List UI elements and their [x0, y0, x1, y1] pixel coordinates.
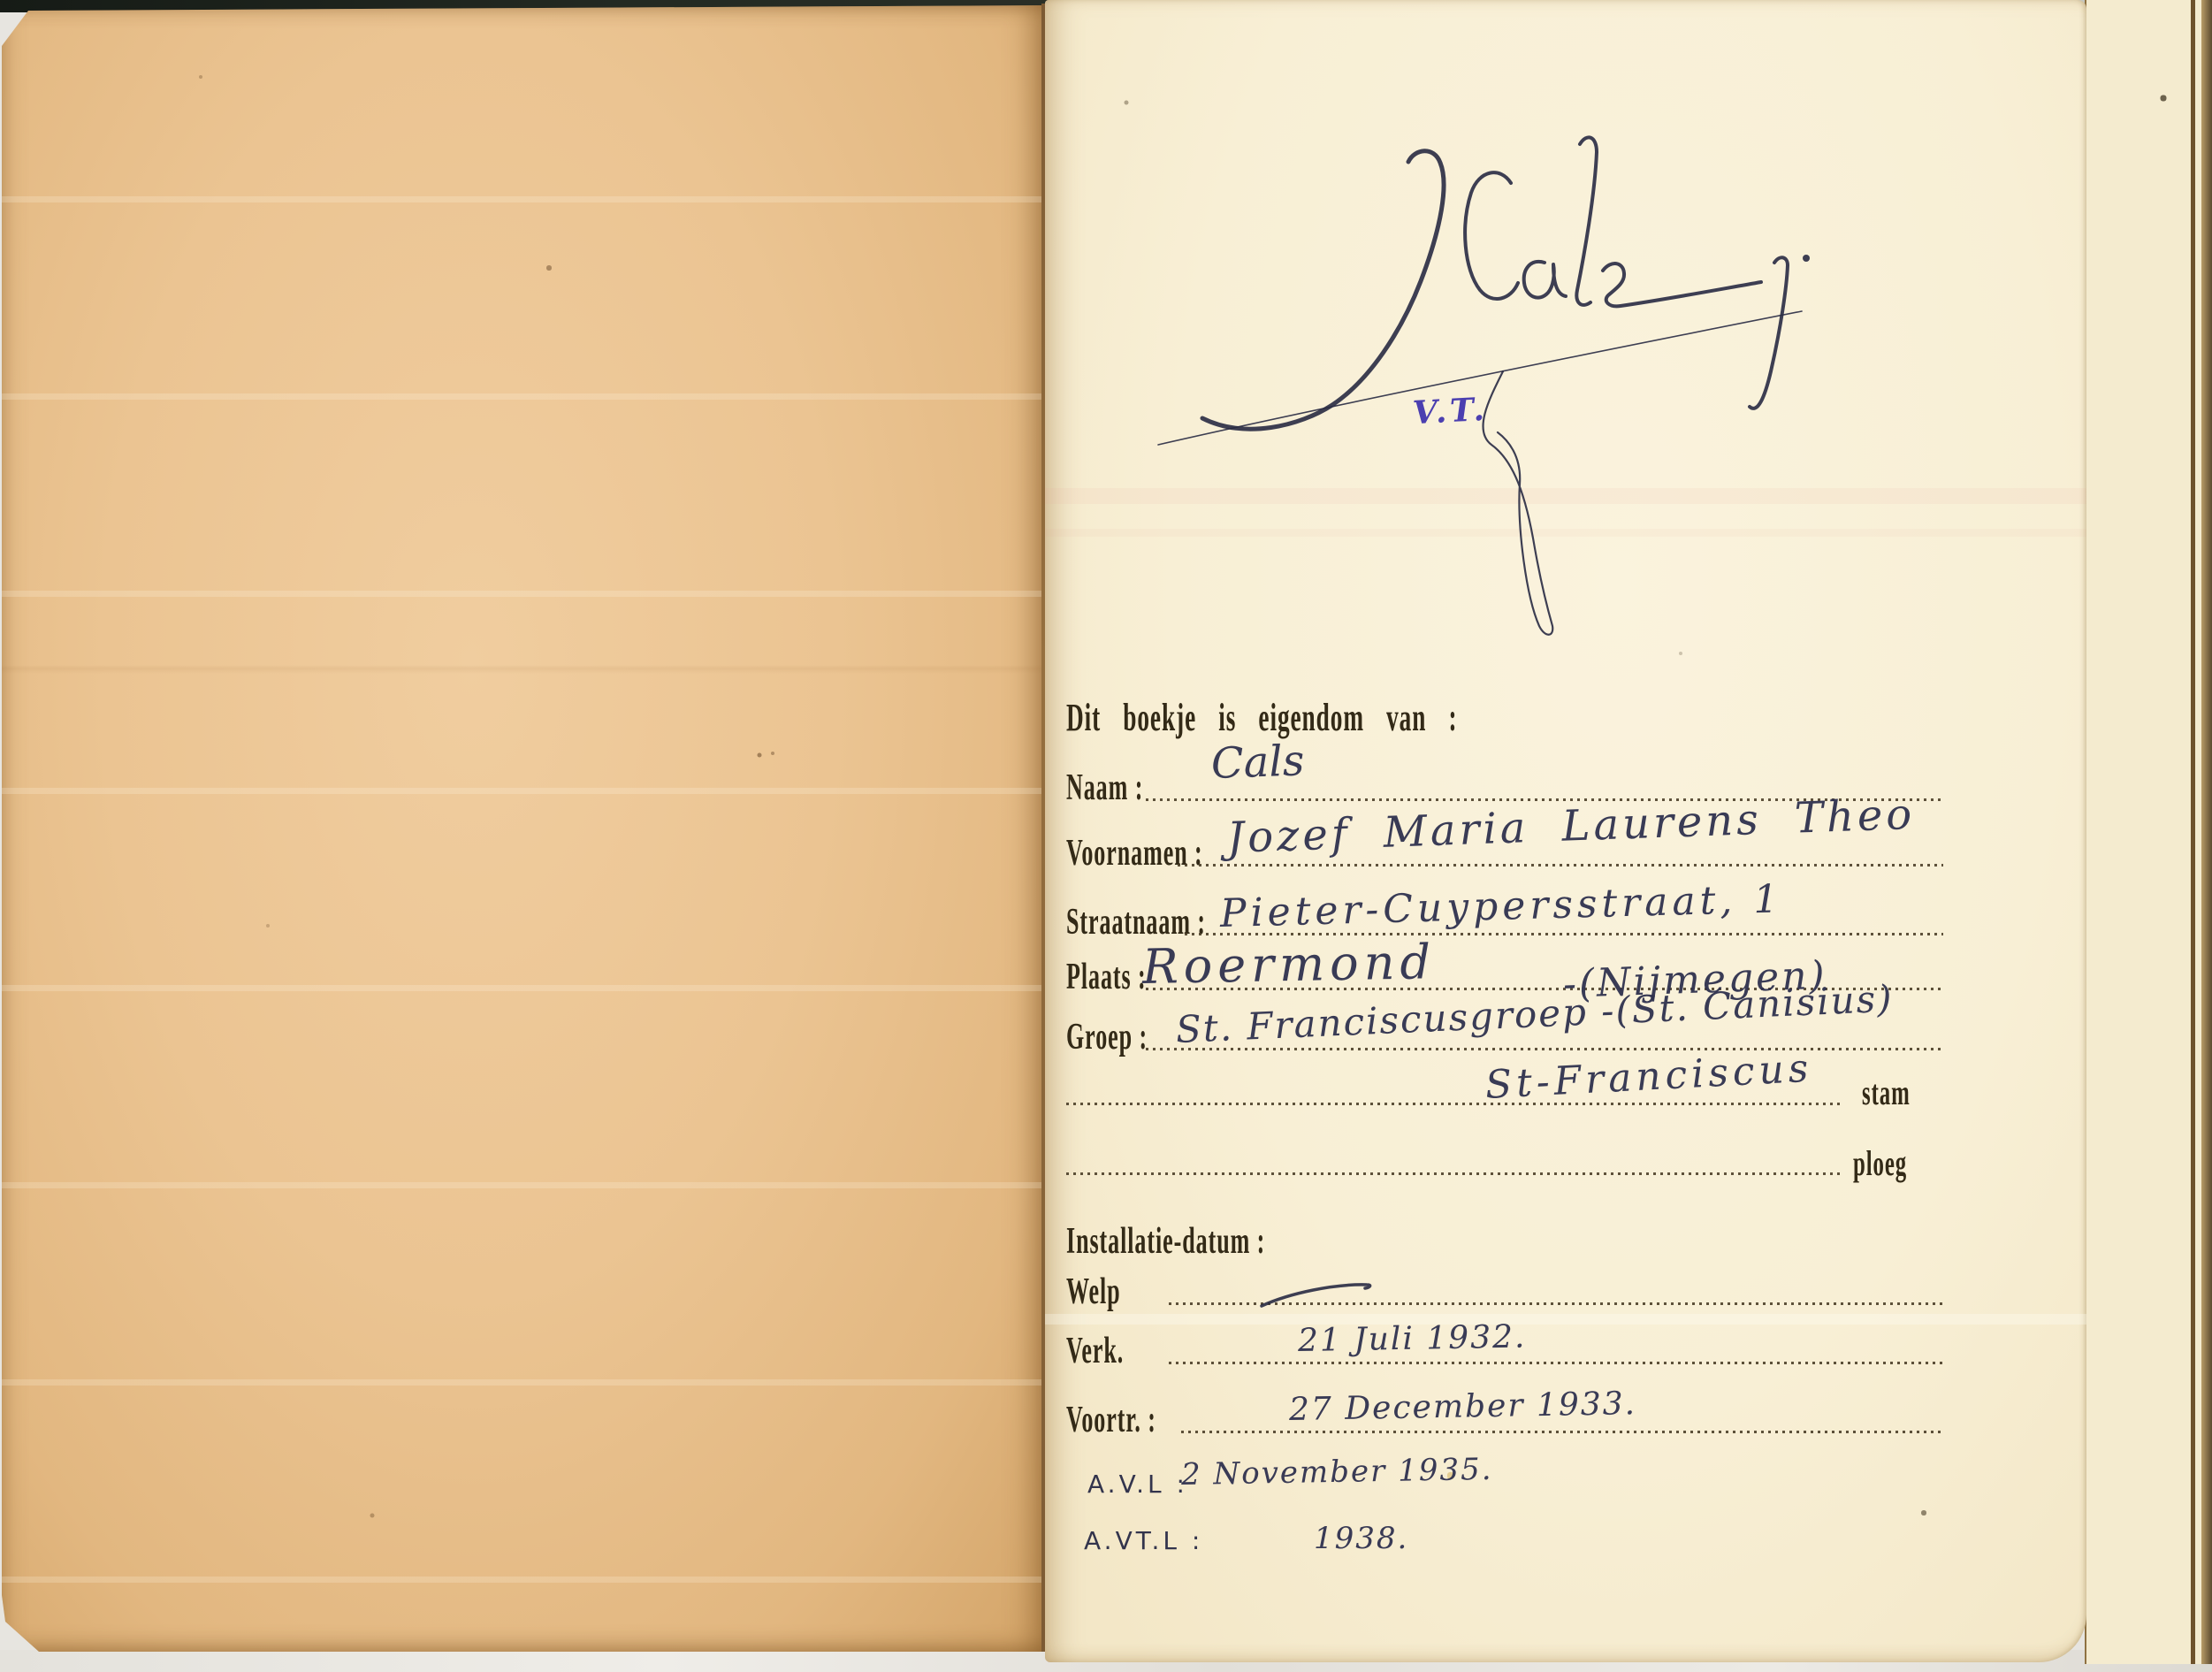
- owner-heading: Dit boekje is eigendom van :: [1066, 695, 1457, 740]
- handwritten-avl-date: 2 November 1935.: [1181, 1452, 1493, 1493]
- dotted-line-groep: [1146, 1048, 1943, 1050]
- scanned-booklet-spread: Dit boekje is eigendom van : Naam : Cals…: [0, 0, 2212, 1672]
- dotted-line-voornamen: [1178, 864, 1943, 867]
- handwritten-label-avl: A.V.L :: [1087, 1470, 1188, 1499]
- page-edge-line: [2191, 0, 2195, 1664]
- handwritten-naam: Cals: [1210, 736, 1305, 789]
- dotted-line-stam: [1066, 1103, 1844, 1105]
- row-label-verk: Verk.: [1066, 1330, 1124, 1372]
- dotted-line-voortr: [1181, 1431, 1943, 1433]
- dotted-line-verk: [1169, 1362, 1943, 1364]
- field-suffix-stam: stam: [1862, 1072, 1911, 1113]
- row-label-welp: Welp: [1066, 1271, 1121, 1313]
- field-label-groep: Groep :: [1066, 1016, 1148, 1058]
- handwritten-avtl-date: 1938.: [1314, 1521, 1408, 1556]
- page-stack-edge: [2085, 0, 2212, 1664]
- field-label-naam: Naam :: [1066, 767, 1143, 809]
- scan-band: [1045, 529, 2086, 537]
- handwritten-plaats: Roermond: [1141, 934, 1436, 995]
- handwritten-label-avtl: A.VT.L :: [1084, 1526, 1203, 1555]
- scan-band: [1045, 488, 2086, 504]
- paper-specks: [0, 0, 2, 2]
- book-edge-shadow: [2201, 0, 2212, 1664]
- handwritten-verk-date: 21 Juli 1932.: [1298, 1318, 1527, 1359]
- dotted-line-ploeg: [1066, 1172, 1844, 1175]
- row-label-voortr: Voortr. :: [1066, 1399, 1156, 1441]
- field-suffix-ploeg: ploeg: [1853, 1142, 1907, 1184]
- handwritten-voortr-date: 27 December 1933.: [1289, 1386, 1637, 1428]
- field-label-voornamen: Voornamen :: [1066, 832, 1203, 874]
- installation-heading: Installatie-datum :: [1066, 1220, 1265, 1263]
- left-blank-page: [2, 5, 1045, 1652]
- dotted-line-welp: [1169, 1302, 1943, 1305]
- blue-vt-annotation: V.T.: [1412, 391, 1489, 431]
- scan-band: [1045, 1314, 2086, 1325]
- field-label-straatnaam: Straatnaam :: [1066, 901, 1206, 943]
- field-label-plaats: Plaats :: [1066, 956, 1147, 998]
- paper-streaks: [2, 5, 1045, 1652]
